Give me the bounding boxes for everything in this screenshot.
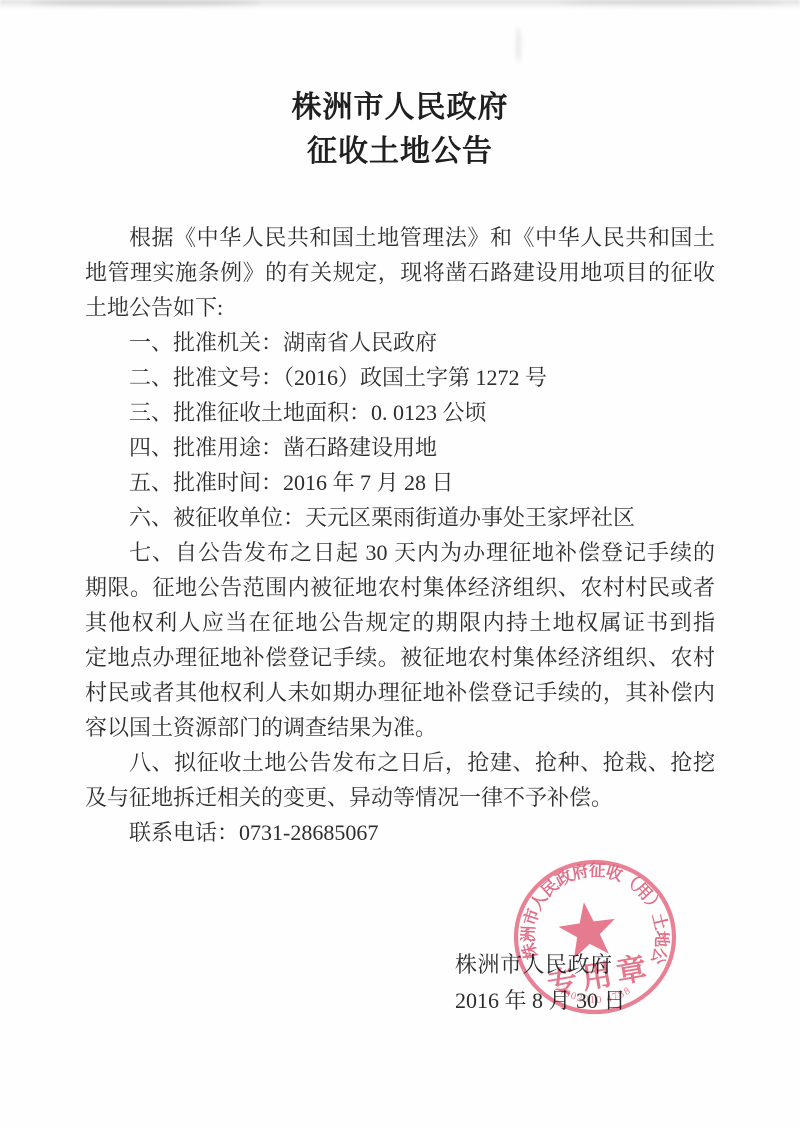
intro-line: 根据《中华人民共和国土地管理法》和《中华人民共和国土 [85, 220, 715, 255]
clause7-line: 定地点办理征地补偿登记手续。被征地农村集体经济组织、农村 [85, 640, 715, 675]
scan-artifact-smudge [30, 0, 260, 6]
clause7-line: 期限。征地公告范围内被征地农村集体经济组织、农村村民或者 [85, 570, 715, 605]
document-title-line2: 征收土地公告 [0, 132, 800, 172]
clause7-line: 村民或者其他权利人未如期办理征地补偿登记手续的，其补偿内 [85, 675, 715, 710]
scan-artifact-speck [516, 28, 521, 62]
announcement-body: 根据《中华人民共和国土地管理法》和《中华人民共和国土 地管理实施条例》的有关规定… [85, 220, 715, 850]
approval-item-document-number: 二、批准文号：（2016）政国土字第 1272 号 [85, 360, 715, 395]
approval-item-expropriated-unit: 六、被征收单位：天元区栗雨街道办事处王家坪社区 [85, 500, 715, 535]
scan-artifact-smudge [560, 0, 780, 5]
approval-item-land-area: 三、批准征收土地面积：0. 0123 公顷 [85, 395, 715, 430]
intro-line: 土地公告如下: [85, 290, 715, 325]
approval-item-approval-date: 五、批准时间：2016 年 7 月 28 日 [85, 465, 715, 500]
intro-line: 地管理实施条例》的有关规定，现将凿石路建设用地项目的征收 [85, 255, 715, 290]
clause8-line: 及与征地拆迁相关的变更、异动等情况一律不予补偿。 [85, 780, 715, 815]
clause7-line: 七、自公告发布之日起 30 天内为办理征地补偿登记手续的 [85, 535, 715, 570]
clause8-line: 八、拟征收土地公告发布之日后，抢建、抢种、抢栽、抢挖 [85, 745, 715, 780]
approval-item-authority: 一、批准机关：湖南省人民政府 [85, 325, 715, 360]
approval-item-usage: 四、批准用途：凿石路建设用地 [85, 430, 715, 465]
document-title-line1: 株洲市人民政府 [0, 88, 800, 128]
contact-phone-line: 联系电话：0731-28685067 [85, 815, 715, 850]
clause7-line: 其他权利人应当在征地公告规定的期限内持土地权属证书到指 [85, 605, 715, 640]
scanned-announcement-page: 株洲市人民政府 征收土地公告 根据《中华人民共和国土地管理法》和《中华人民共和国… [0, 0, 800, 1128]
official-seal: 株洲市人民政府征收（用）土地公告 专用章 4302010 4788 [511, 859, 679, 1021]
clause7-line: 容以国土资源部门的调查结果为准。 [85, 710, 715, 745]
seal-star-icon [556, 898, 620, 960]
